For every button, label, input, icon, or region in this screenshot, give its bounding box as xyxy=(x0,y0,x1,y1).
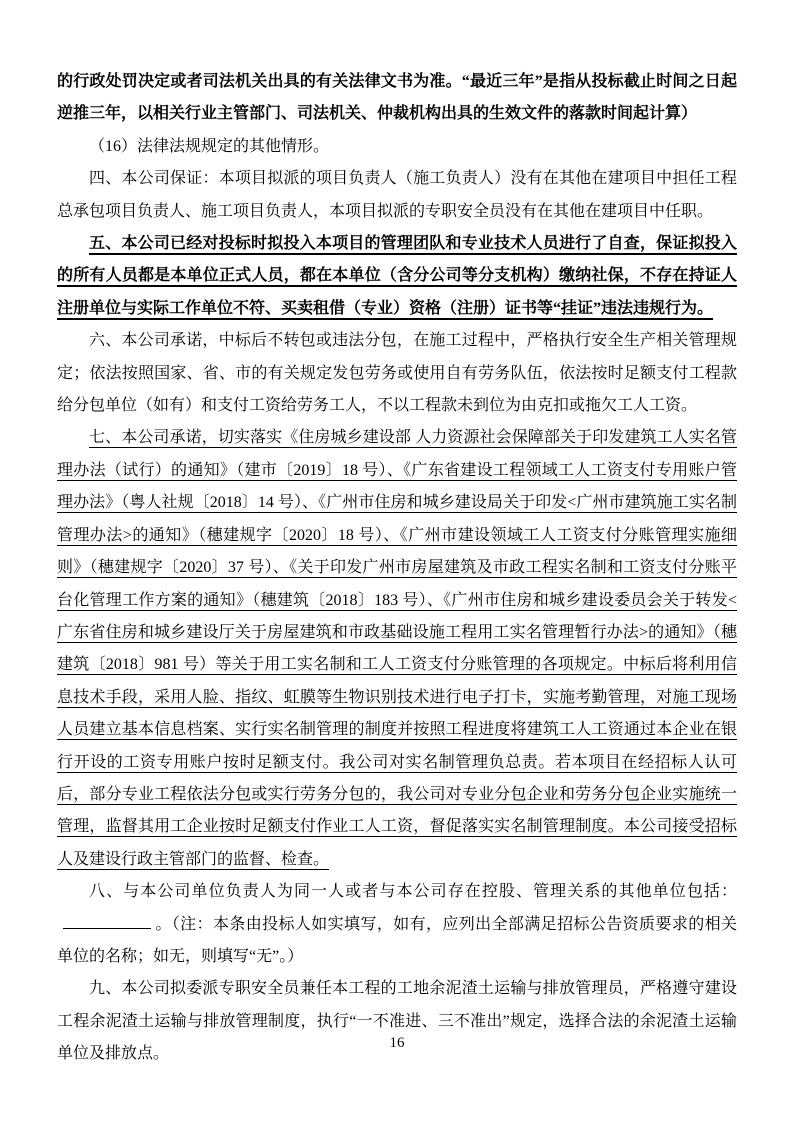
blank-fill-line xyxy=(63,926,151,929)
clause-6-no-subcontract-violation: 六、本公司承诺，中标后不转包或违法分包，在施工过程中，严格执行安全生产相关管理规… xyxy=(57,325,737,422)
clause-8-text-before-blank: 八、与本公司单位负责人为同一人或者与本公司存在控股、管理关系的其他单位包括： xyxy=(89,883,737,900)
clause-8-text-after-blank: 。（注：本条由投标人如实填写，如有，应列出全部满足招标公告资质要求的相关单位的名… xyxy=(57,916,737,965)
clause-4-project-manager-guarantee: 四、本公司保证：本项目拟派的项目负责人（施工负责人）没有在其他在建项目中担任工程… xyxy=(57,163,737,228)
clause-8-related-units: 八、与本公司单位负责人为同一人或者与本公司存在控股、管理关系的其他单位包括：。（… xyxy=(57,876,737,973)
item-16-other-circumstances: （16）法律法规规定的其他情形。 xyxy=(57,131,737,163)
clause-7-real-name-wage-regulations: 七、本公司承诺，切实落实《住房城乡建设部 人力资源社会保障部关于印发建筑工人实名… xyxy=(57,422,737,876)
page-content: 的行政处罚决定或者司法机关出具的有关法律文书为准。“最近三年”是指从投标截止时间… xyxy=(57,66,737,1071)
document-page: 的行政处罚决定或者司法机关出具的有关法律文书为准。“最近三年”是指从投标截止时间… xyxy=(0,0,794,1123)
continued-paragraph-legal-basis: 的行政处罚决定或者司法机关出具的有关法律文书为准。“最近三年”是指从投标截止时间… xyxy=(57,66,737,131)
clause-5-personnel-self-check: 五、本公司已经对投标时拟投入本项目的管理团队和专业技术人员进行了自查，保证拟投入… xyxy=(57,228,737,325)
page-number: 16 xyxy=(0,1033,794,1053)
clause-9-muck-transport-commitment: 九、本公司拟委派专职安全员兼任本工程的工地余泥渣土运输与排放管理员，严格遵守建设… xyxy=(57,973,737,1070)
